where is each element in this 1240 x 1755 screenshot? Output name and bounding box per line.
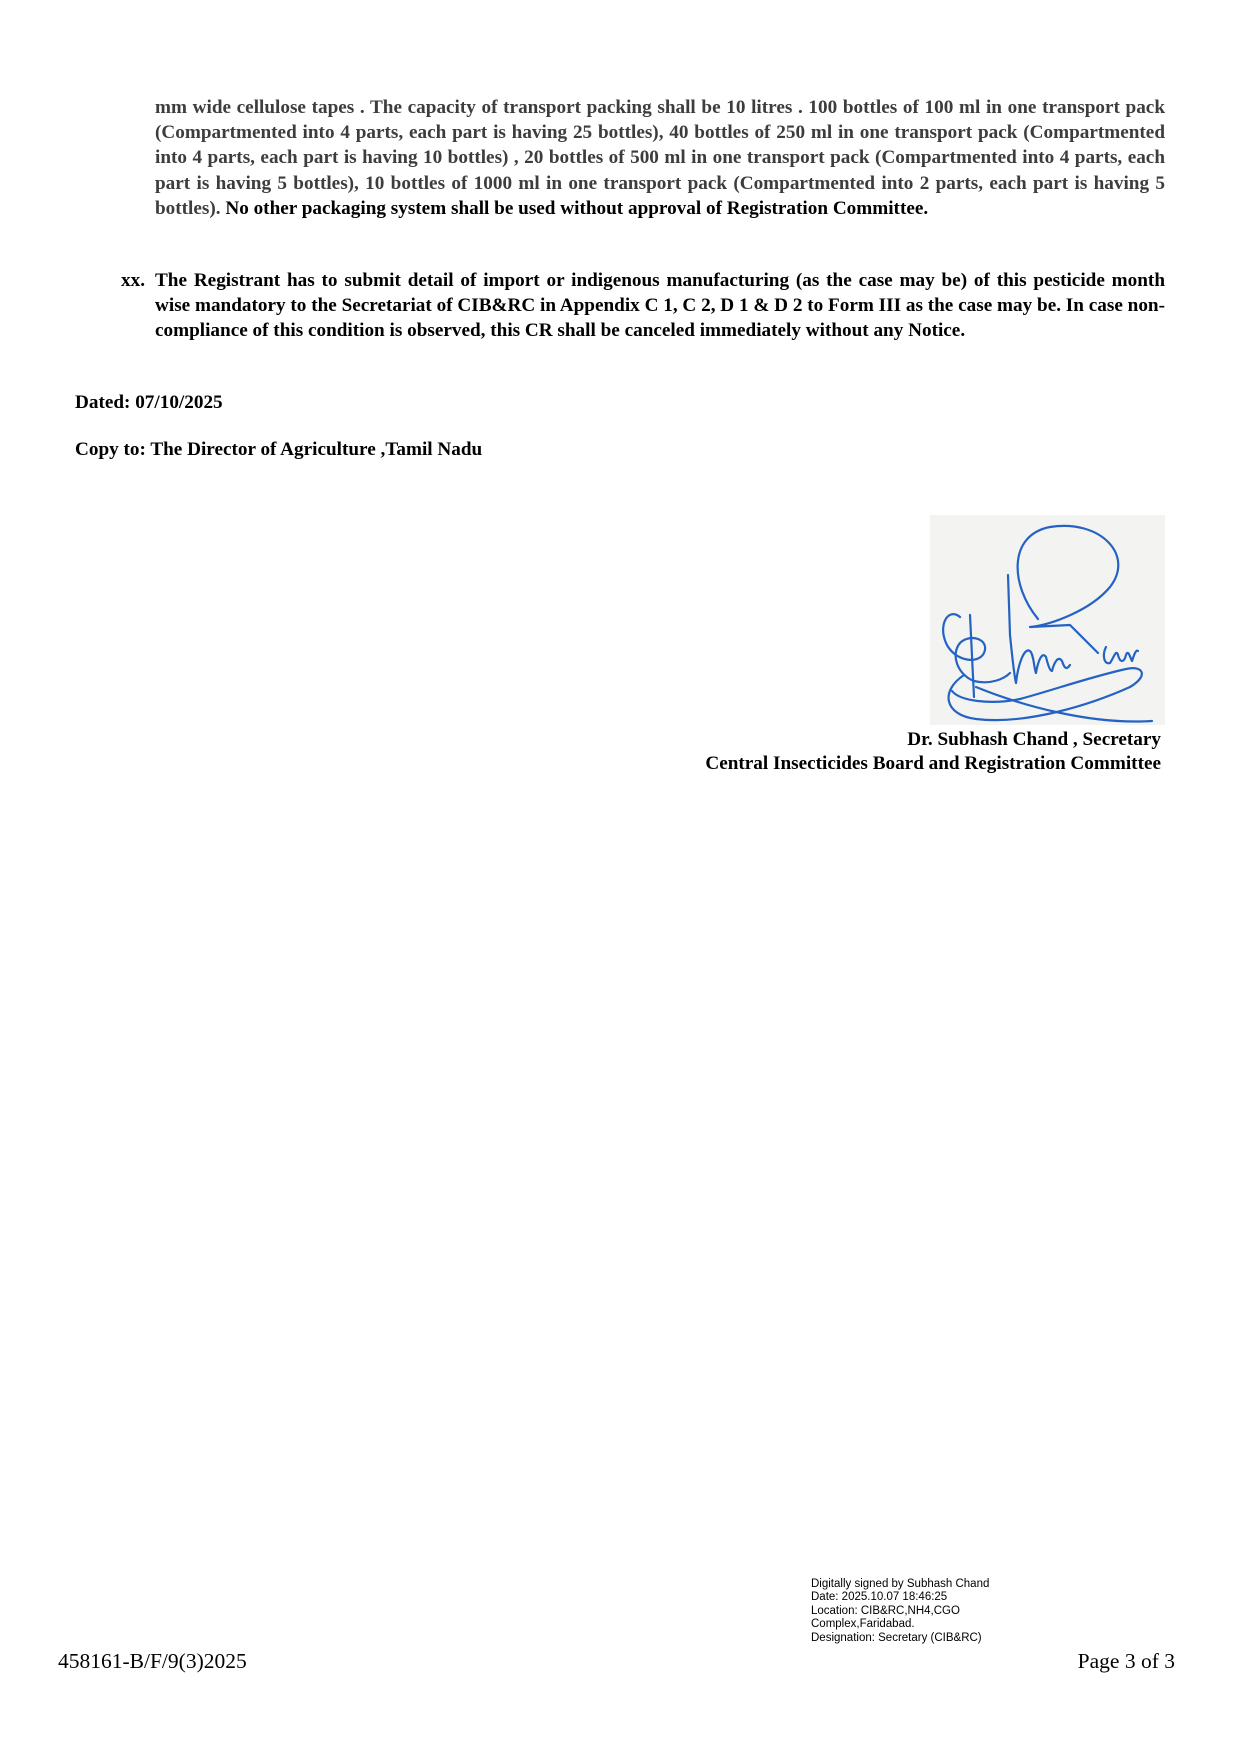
copy-to-line: Copy to: The Director of Agriculture ,Ta… — [75, 438, 482, 462]
digital-signature-location: Location: CIB&RC,NH4,CGO — [811, 1605, 989, 1618]
digital-signature-designation: Designation: Secretary (CIB&RC) — [811, 1632, 989, 1645]
packaging-approval-text: No other packaging system shall be used … — [221, 198, 929, 219]
signatory-name: Dr. Subhash Chand , Secretary — [907, 728, 1161, 752]
document-page: mm wide cellulose tapes . The capacity o… — [0, 0, 1240, 1755]
digital-signature-stamp: Digitally signed by Subhash Chand Date: … — [811, 1578, 989, 1645]
digital-signature-location-cont: Complex,Faridabad. — [811, 1618, 989, 1631]
signature-image — [930, 515, 1165, 725]
dated-line: Dated: 07/10/2025 — [75, 391, 223, 415]
condition-xx-paragraph: The Registrant has to submit detail of i… — [155, 268, 1165, 344]
signatory-organization: Central Insecticides Board and Registrat… — [705, 752, 1161, 776]
document-reference-number: 458161-B/F/9(3)2025 — [58, 1648, 247, 1674]
packaging-condition-paragraph: mm wide cellulose tapes . The capacity o… — [155, 95, 1165, 221]
digital-signature-signer: Digitally signed by Subhash Chand — [811, 1578, 989, 1591]
condition-marker: xx. — [121, 268, 145, 293]
digital-signature-date: Date: 2025.10.07 18:46:25 — [811, 1591, 989, 1604]
handwritten-signature-icon — [930, 515, 1165, 725]
page-number: Page 3 of 3 — [1078, 1648, 1175, 1674]
